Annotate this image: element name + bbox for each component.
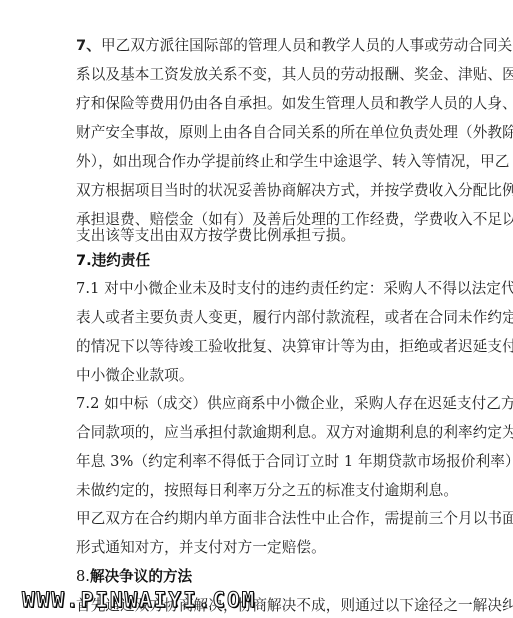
watermark: WWW.PINWAIYI.COM — [22, 588, 256, 612]
clause-7-1-line-4: 中小微企业款项。 — [76, 367, 438, 385]
paragraph-7-number: 7、 — [76, 37, 101, 54]
section-7-number: 7. — [76, 252, 92, 269]
termination-line-1: 甲乙双方在合约期内单方面非合法性中止合作，需提前三个月以书面 — [76, 510, 438, 528]
clause-7-2-line-4: 未做约定的，按照每日利率万分之五的标准支付逾期利息。 — [76, 482, 438, 500]
clause-7-1-line-2: 表人或者主要负责人变更，履行内部付款流程，或者在合同未作约定 — [76, 309, 438, 327]
paragraph-7-line-3: 疗和保险等费用仍由各自承担。如发生管理人员和教学人员的人身、 — [76, 95, 438, 113]
paragraph-7-line-4: 财产安全事故，原则上由各自合同关系的所在单位负责处理（外教除 — [76, 124, 438, 142]
document-page: 7、甲乙双方派往国际部的管理人员和教学人员的人事或劳动合同关 系以及基本工资发放… — [0, 0, 513, 618]
termination-line-2: 形式通知对方，并支付对方一定赔偿。 — [76, 539, 438, 557]
paragraph-7-line-8: 支出该等支出由双方按学费比例承担亏损。 — [76, 227, 438, 245]
section-7-heading: 7.违约责任 — [76, 252, 150, 270]
clause-7-1-line-1: 7.1 对中小微企业未及时支付的违约责任约定：采购人不得以法定代 — [76, 280, 438, 298]
clause-7-2-line-1: 7.2 如中标（成交）供应商系中小微企业，采购人存在迟延支付乙方 — [76, 395, 438, 413]
clause-7-2-line-2: 合同款项的，应当承担付款逾期利息。双方对逾期利息的利率约定为 — [76, 424, 438, 442]
section-8-heading: 8.解决争议的方法 — [76, 568, 192, 586]
clause-7-1-line-3: 的情况下以等待竣工验收批复、决算审计等为由，拒绝或者迟延支付 — [76, 338, 438, 356]
section-8-title: 解决争议的方法 — [90, 568, 192, 585]
clause-7-2-line-3: 年息 3%（约定利率不得低于合同订立时 1 年期贷款市场报价利率）， — [76, 453, 438, 471]
paragraph-7-line-1: 7、甲乙双方派往国际部的管理人员和教学人员的人事或劳动合同关 — [76, 37, 438, 55]
section-8-number: 8. — [76, 568, 90, 585]
paragraph-7-text-1: 甲乙双方派往国际部的管理人员和教学人员的人事或劳动合同关 — [101, 37, 512, 54]
paragraph-7-line-5: 外），如出现合作办学提前终止和学生中途退学、转入等情况，甲乙 — [76, 153, 438, 171]
paragraph-7-line-6: 双方根据项目当时的状况妥善协商解决方式，并按学费收入分配比例 — [76, 182, 438, 200]
paragraph-7-line-2: 系以及基本工资发放关系不变，其人员的劳动报酬、奖金、津贴、医 — [76, 66, 438, 84]
section-7-title: 违约责任 — [92, 252, 150, 269]
